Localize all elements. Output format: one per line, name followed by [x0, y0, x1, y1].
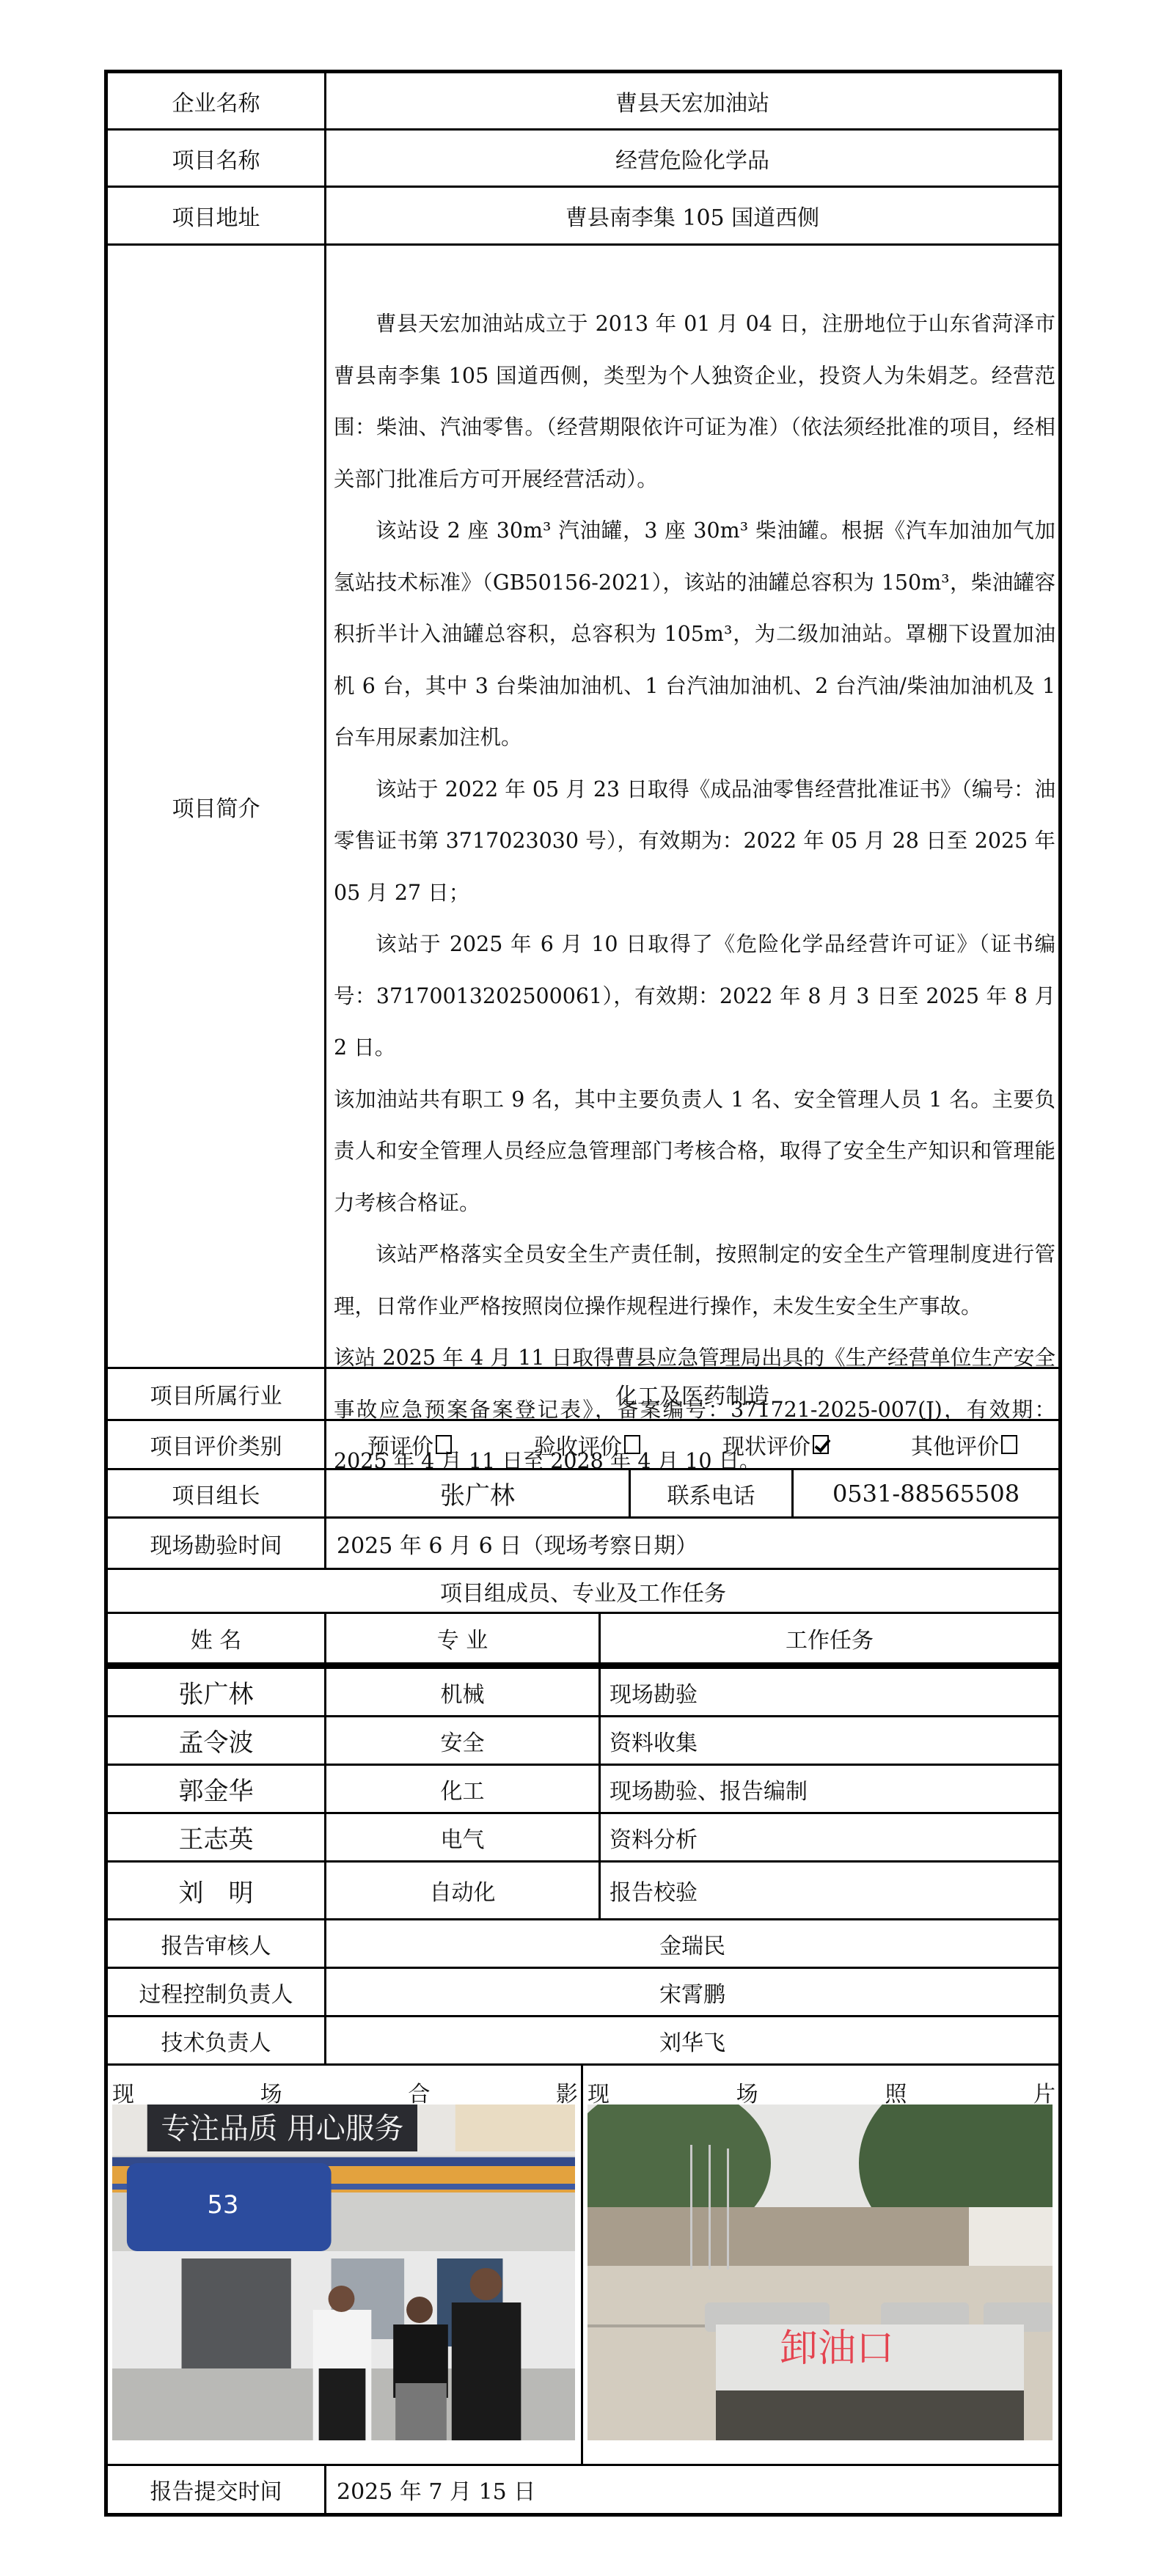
project-name-label: 项目名称: [108, 131, 326, 186]
eval-type-label: 项目评价类别: [108, 1421, 326, 1468]
team-row: 王志英 电气 资料分析: [108, 1814, 1058, 1863]
industry-row: 项目所属行业 化工及医药制造: [108, 1369, 1058, 1421]
eval-option-label: 预评价: [367, 1428, 433, 1461]
member-major: 自动化: [326, 1863, 601, 1918]
company-row: 企业名称 曹县天宏加油站: [108, 73, 1058, 131]
company-label: 企业名称: [108, 73, 326, 128]
industry-value: 化工及医药制造: [326, 1369, 1058, 1419]
site-photo-caption: 现 场 照 片: [583, 2066, 1058, 2101]
submit-time-label: 报告提交时间: [108, 2466, 326, 2513]
svg-text:专注品质 用心服务: 专注品质 用心服务: [161, 2112, 403, 2146]
intro-paragraph: 曹县天宏加油站成立于 2013 年 01 月 04 日，注册地位于山东省菏泽市曹…: [334, 298, 1055, 505]
member-name: 孟令波: [108, 1717, 326, 1764]
caption-char: 合: [408, 2076, 430, 2101]
member-major: 电气: [326, 1814, 601, 1860]
reviewer-label: 报告审核人: [108, 1920, 326, 1967]
survey-time-label: 现场勘验时间: [108, 1519, 326, 1568]
address-row: 项目地址 曹县南李集 105 国道西侧: [108, 188, 1058, 246]
checkbox-checked-icon[interactable]: [813, 1435, 829, 1454]
group-photo-caption: 现 场 合 影: [108, 2066, 581, 2101]
tech-lead-value: 刘华飞: [326, 2017, 1058, 2063]
intro-paragraph: 该站严格落实全员安全生产责任制，按照制定的安全生产管理制度进行管理，日常作业严格…: [334, 1229, 1055, 1332]
tech-lead-label: 技术负责人: [108, 2017, 326, 2063]
team-row: 刘 明 自动化 报告校验: [108, 1863, 1058, 1920]
team-row: 郭金华 化工 现场勘验、报告编制: [108, 1766, 1058, 1814]
eval-type-row: 项目评价类别 预评价 验收评价 现状评价 其他评价: [108, 1421, 1058, 1470]
survey-time-value: 2025 年 6 月 6 日（现场考察日期）: [326, 1519, 1058, 1568]
project-info-table: 企业名称 曹县天宏加油站 项目名称 经营危险化学品 项目地址 曹县南李集 105…: [104, 70, 1062, 1666]
reviewer-row: 报告审核人 金瑞民: [108, 1920, 1058, 1969]
checkbox-unchecked-icon[interactable]: [436, 1435, 452, 1454]
member-task: 报告校验: [601, 1863, 1058, 1918]
team-title: 项目组成员、专业及工作任务: [108, 1570, 1058, 1612]
intro-label: 项目简介: [108, 246, 326, 1367]
submit-time-row: 报告提交时间 2025 年 7 月 15 日: [108, 2466, 1058, 2513]
industry-label: 项目所属行业: [108, 1369, 326, 1419]
survey-time-row: 现场勘验时间 2025 年 6 月 6 日（现场考察日期）: [108, 1519, 1058, 1570]
group-photo-image: 专注品质 用心服务 53: [112, 2105, 575, 2440]
team-header-row: 姓 名 专 业 工作任务: [108, 1614, 1058, 1662]
leader-row: 项目组长 张广林 联系电话 0531-88565508: [108, 1470, 1058, 1519]
project-name-value: 经营危险化学品: [326, 131, 1058, 186]
leader-label: 项目组长: [108, 1470, 326, 1516]
team-title-row: 项目组成员、专业及工作任务: [108, 1570, 1058, 1614]
intro-paragraph: 该加油站共有职工 9 名，其中主要负责人 1 名、安全管理人员 1 名。主要负责…: [334, 1074, 1055, 1230]
intro-paragraph: 该站于 2022 年 05 月 23 日取得《成品油零售经营批准证书》（编号：油…: [334, 764, 1055, 920]
eval-option-label: 验收评价: [534, 1428, 622, 1461]
member-task: 资料分析: [601, 1814, 1058, 1860]
address-value: 曹县南李集 105 国道西侧: [326, 188, 1058, 243]
submit-time-value: 2025 年 7 月 15 日: [326, 2466, 1058, 2513]
member-task: 资料收集: [601, 1717, 1058, 1764]
photos-row: 现 场 合 影 专注品质 用心服务 53: [108, 2066, 1058, 2466]
site-photo-image: 卸油口: [588, 2105, 1053, 2440]
intro-text: 曹县天宏加油站成立于 2013 年 01 月 04 日，注册地位于山东省菏泽市曹…: [326, 246, 1058, 1367]
phone-value: 0531-88565508: [794, 1470, 1058, 1516]
site-photo: 卸油口: [588, 2105, 1053, 2440]
member-major: 安全: [326, 1717, 601, 1764]
tech-lead-row: 技术负责人 刘华飞: [108, 2017, 1058, 2066]
caption-char: 片: [1033, 2076, 1055, 2101]
member-major: 机械: [326, 1669, 601, 1715]
caption-char: 现: [588, 2076, 610, 2101]
member-name: 郭金华: [108, 1766, 326, 1812]
site-photo-cell: 现 场 照 片: [583, 2066, 1058, 2464]
svg-text:53: 53: [207, 2190, 238, 2219]
process-control-value: 宋霄鹏: [326, 1969, 1058, 2015]
intro-paragraph: 该站于 2025 年 6 月 10 日取得了《危险化学品经营许可证》（证书编号：…: [334, 919, 1055, 1074]
eval-option-label: 现状评价: [722, 1428, 810, 1461]
eval-option-current[interactable]: 现状评价: [722, 1428, 829, 1461]
eval-option-other[interactable]: 其他评价: [911, 1428, 1017, 1461]
caption-char: 照: [885, 2076, 907, 2101]
caption-char: 场: [260, 2076, 282, 2101]
eval-option-label: 其他评价: [911, 1428, 999, 1461]
eval-option-pre[interactable]: 预评价: [367, 1428, 452, 1461]
process-control-label: 过程控制负责人: [108, 1969, 326, 2015]
group-photo-cell: 现 场 合 影 专注品质 用心服务 53: [108, 2066, 583, 2464]
eval-type-options: 预评价 验收评价 现状评价 其他评价: [326, 1421, 1058, 1468]
checkbox-unchecked-icon[interactable]: [1001, 1435, 1017, 1454]
header-major: 专 业: [326, 1614, 601, 1662]
member-name: 刘 明: [108, 1863, 326, 1918]
checkbox-unchecked-icon[interactable]: [624, 1435, 640, 1454]
phone-label: 联系电话: [631, 1470, 794, 1516]
header-name: 姓 名: [108, 1614, 326, 1662]
member-name: 张广林: [108, 1669, 326, 1715]
header-task: 工作任务: [601, 1614, 1058, 1662]
company-value: 曹县天宏加油站: [326, 73, 1058, 128]
intro-row: 项目简介 曹县天宏加油站成立于 2013 年 01 月 04 日，注册地位于山东…: [108, 246, 1058, 1369]
reviewer-value: 金瑞民: [326, 1920, 1058, 1967]
member-task: 现场勘验: [601, 1669, 1058, 1715]
member-major: 化工: [326, 1766, 601, 1812]
svg-text:卸油口: 卸油口: [780, 2327, 894, 2371]
team-row: 孟令波 安全 资料收集: [108, 1717, 1058, 1766]
group-photo: 专注品质 用心服务 53: [112, 2105, 575, 2440]
address-label: 项目地址: [108, 188, 326, 243]
member-task: 现场勘验、报告编制: [601, 1766, 1058, 1812]
team-row: 张广林 机械 现场勘验: [108, 1669, 1058, 1717]
process-control-row: 过程控制负责人 宋霄鹏: [108, 1969, 1058, 2017]
caption-char: 影: [556, 2076, 578, 2101]
leader-value: 张广林: [326, 1470, 631, 1516]
intro-paragraph: 该站设 2 座 30m³ 汽油罐，3 座 30m³ 柴油罐。根据《汽车加油加气加…: [334, 505, 1055, 764]
project-name-row: 项目名称 经营危险化学品: [108, 131, 1058, 188]
caption-char: 场: [736, 2076, 758, 2101]
team-table: 张广林 机械 现场勘验 孟令波 安全 资料收集 郭金华 化工 现场勘验、报告编制…: [104, 1665, 1062, 2517]
eval-option-acceptance[interactable]: 验收评价: [534, 1428, 640, 1461]
caption-char: 现: [112, 2076, 134, 2101]
member-name: 王志英: [108, 1814, 326, 1860]
